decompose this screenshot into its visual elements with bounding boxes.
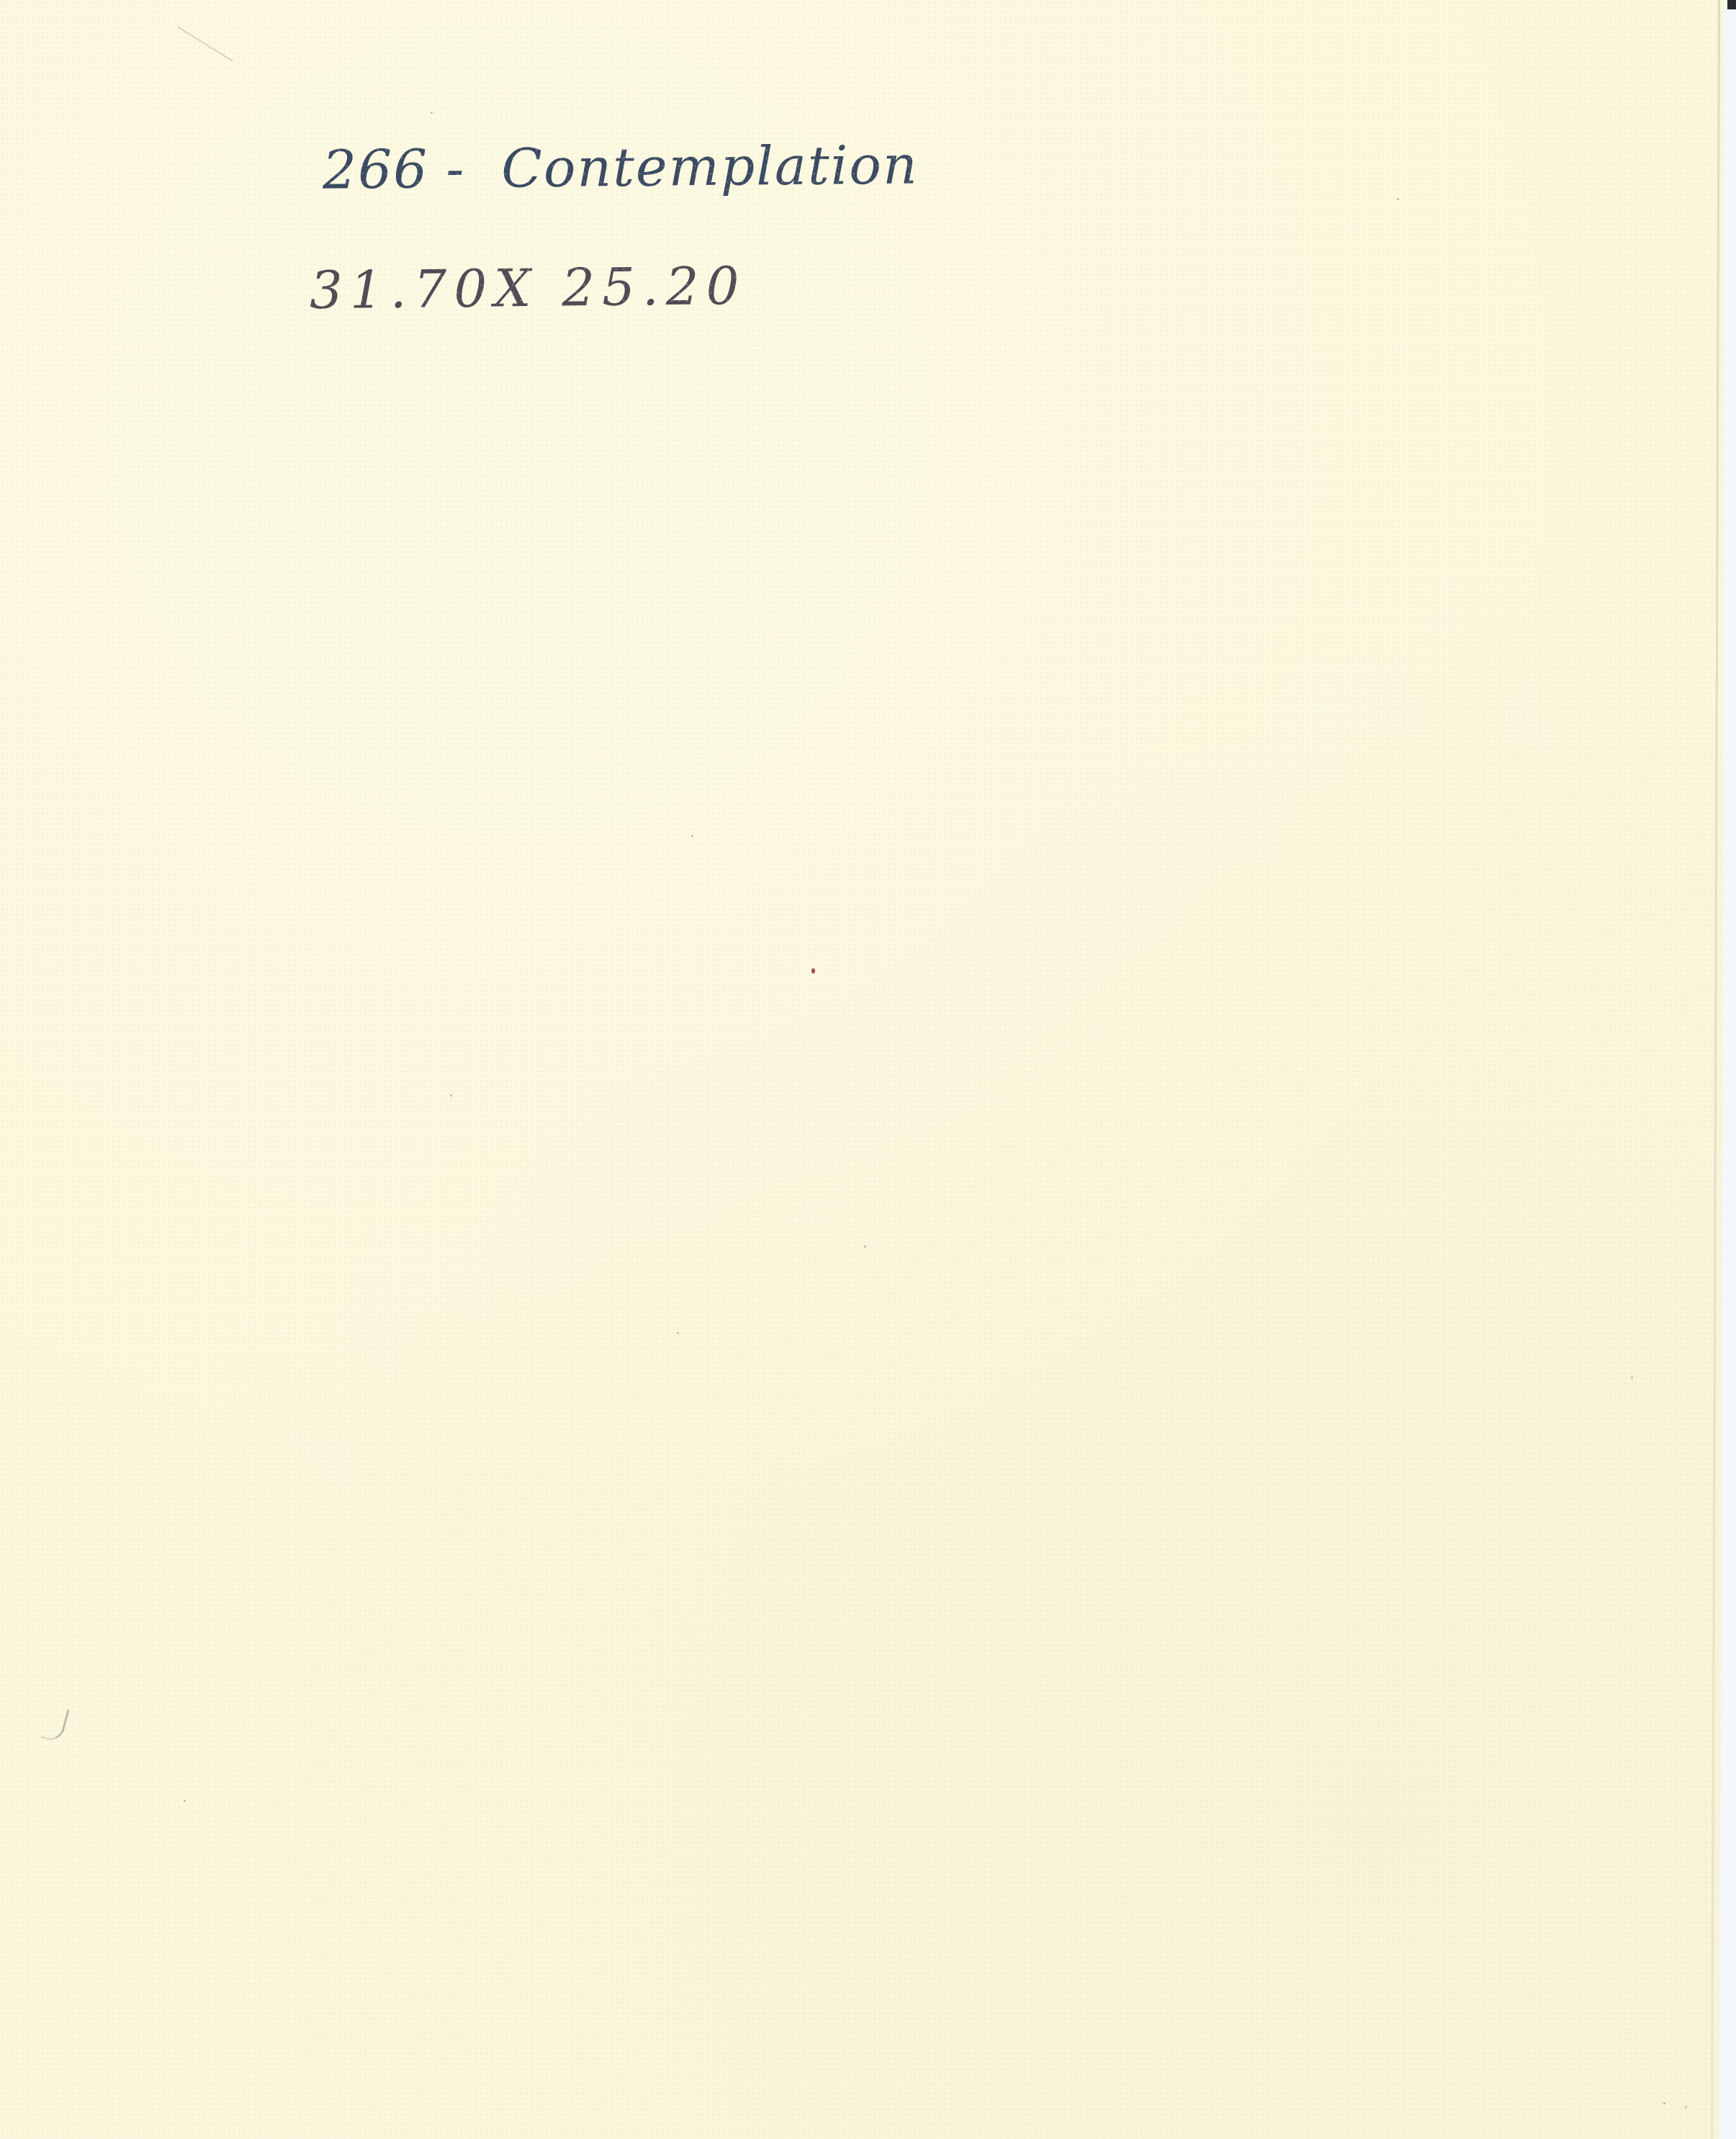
paper-crease [177,26,233,61]
paper-speck [1685,2106,1687,2108]
catalog-number: 266 [323,138,429,201]
paper-speck [691,835,693,837]
paper-speck [677,1332,679,1334]
artwork-dimensions: 31.70X 25.20 [310,256,747,320]
handwritten-title-line: 266-Contemplation [323,134,919,201]
artwork-title: Contemplation [501,134,919,199]
paper-sheet: 266-Contemplation 31.70X 25.20 [0,0,1725,2139]
stray-pencil-mark [40,1704,69,1743]
scanner-corner-mark [1727,0,1736,9]
paper-speck [450,1094,452,1096]
paper-speck [1397,198,1399,200]
paper-speck [184,1800,186,1802]
handwritten-dimensions-line: 31.70X 25.20 [310,256,747,320]
paper-speck [1663,2102,1665,2104]
paper-speck [431,112,433,114]
red-speck [811,968,815,973]
title-separator: - [446,138,466,200]
paper-speck [864,1246,866,1248]
paper-speck [1631,1377,1633,1379]
